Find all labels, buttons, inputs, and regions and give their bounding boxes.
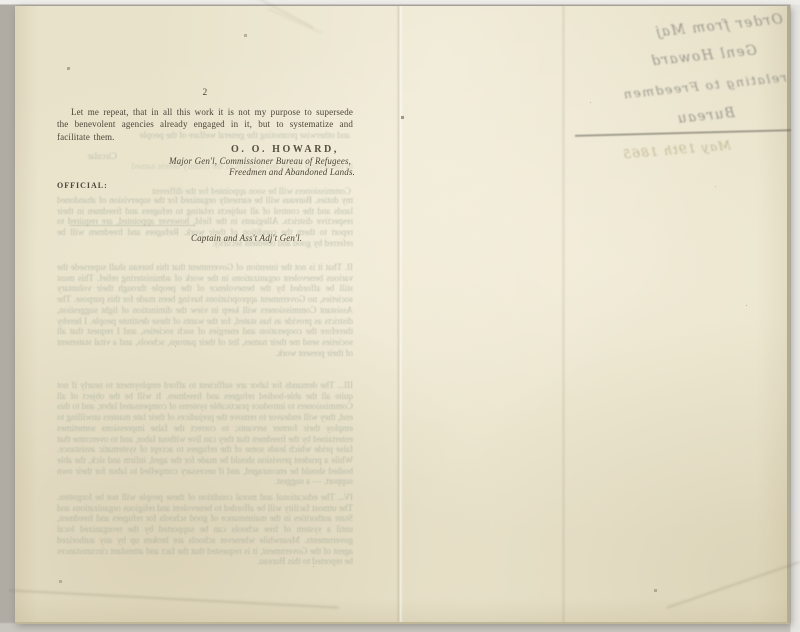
foxing-specks bbox=[15, 6, 16, 7]
attestation-line: Captain and Ass't Adj't Gen'l. bbox=[191, 233, 302, 243]
bleed-paragraph: II. That it is not the intention of Gove… bbox=[57, 262, 353, 358]
body-paragraph: Let me repeat, that in all this work it … bbox=[57, 106, 353, 143]
docket-line-1: Order from Maj bbox=[654, 11, 784, 40]
top-crease-2 bbox=[267, 8, 323, 34]
signature-title-line1: Major Gen'l, Commissioner Bureau of Refu… bbox=[165, 156, 355, 166]
signature-title-line2: Freedmen and Abandoned Lands. bbox=[165, 167, 355, 177]
bottom-right-crease bbox=[666, 561, 799, 608]
document-page: and otherwise promoting the general welf… bbox=[15, 6, 790, 624]
page-number: 2 bbox=[57, 88, 353, 98]
docket-line-3: relating to Freedmen bbox=[622, 69, 788, 101]
center-fold-crease bbox=[396, 6, 403, 622]
handwritten-docket: Order from Maj Genl Howard relating to F… bbox=[563, 8, 800, 180]
docket-underline bbox=[575, 129, 791, 136]
bottom-left-crease bbox=[9, 589, 339, 608]
docket-line-4: Bureau bbox=[676, 105, 736, 127]
docket-line-2: Genl Howard bbox=[649, 42, 757, 69]
signature-name: O. O. HOWARD, bbox=[215, 144, 355, 155]
bleed-paragraph: III... The demands for labor are suffici… bbox=[57, 380, 353, 487]
scanned-document-view: and otherwise promoting the general welf… bbox=[0, 0, 800, 632]
official-label: OFFICIAL: bbox=[57, 181, 108, 190]
docket-date: May 19th 1865 bbox=[621, 137, 731, 161]
bleed-fragment: Circular bbox=[57, 151, 117, 161]
bleed-paragraph: IV... The educational and moral conditio… bbox=[57, 492, 353, 567]
